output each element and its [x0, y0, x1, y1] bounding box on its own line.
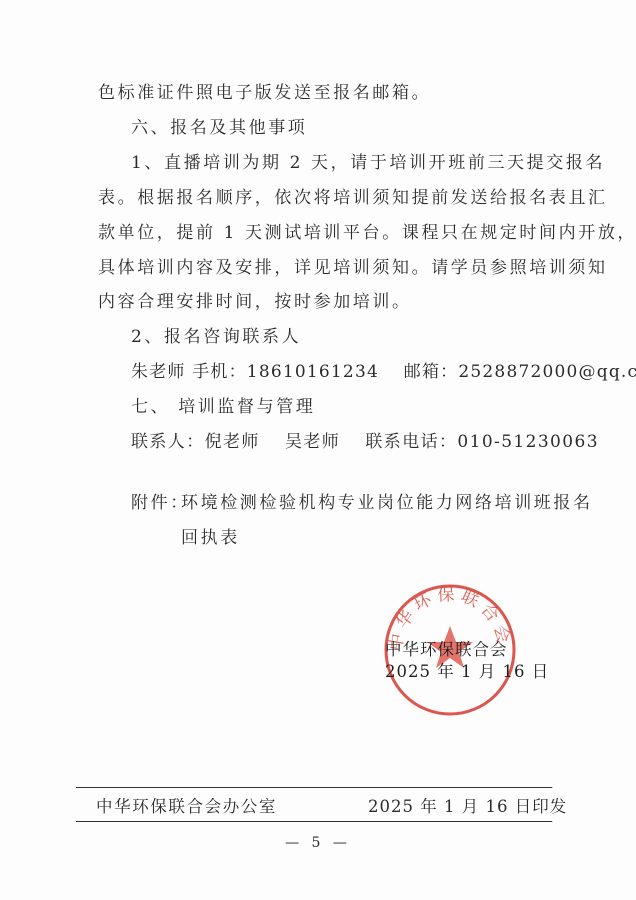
- body-line-7: 内容合理安排时间，按时参加培训。: [98, 291, 412, 313]
- body-line-6: 具体培训内容及安排，详见培训须知。请学员参照培训须知: [98, 257, 608, 279]
- section-heading-6: 六、报名及其他事项: [131, 117, 307, 139]
- signature-org: 中华环保联合会: [385, 636, 508, 660]
- footer-bottom-rule: [76, 821, 552, 822]
- document-page: 色标准证件照电子版发送至报名邮箱。 六、报名及其他事项 1、直播培训为期 2 天…: [0, 0, 636, 900]
- body-line-3: 1、直播培训为期 2 天，请于培训开班前三天提交报名: [131, 152, 605, 174]
- footer-issuer: 中华环保联合会办公室: [96, 793, 277, 817]
- signature-date: 2025 年 1 月 16 日: [385, 658, 549, 682]
- supervision-contact-line: 联系人：倪老师 吴老师 联系电话：010-51230063: [131, 431, 599, 453]
- body-line-1: 色标准证件照电子版发送至报名邮箱。: [98, 82, 431, 104]
- footer-issue-date: 2025 年 1 月 16 日印发: [368, 793, 567, 817]
- body-line-4: 表。根据报名顺序，依次将培训须知提前发送给报名表且汇: [98, 187, 608, 209]
- attachment-title-line1: 环境检测检验机构专业岗位能力网络培训班报名: [181, 492, 593, 514]
- footer-top-rule: [76, 787, 552, 788]
- subheading-contact: 2、报名咨询联系人: [131, 326, 301, 348]
- page-number: — 5 —: [0, 835, 636, 851]
- attachment-title-line2: 回执表: [181, 527, 240, 549]
- body-line-5: 款单位，提前 1 天测试培训平台。课程只在规定时间内开放，: [98, 222, 636, 244]
- section-heading-7: 七、 培训监督与管理: [131, 396, 315, 418]
- contact-line: 朱老师 手机：18610161234 邮箱：2528872000@qq.com: [131, 361, 636, 383]
